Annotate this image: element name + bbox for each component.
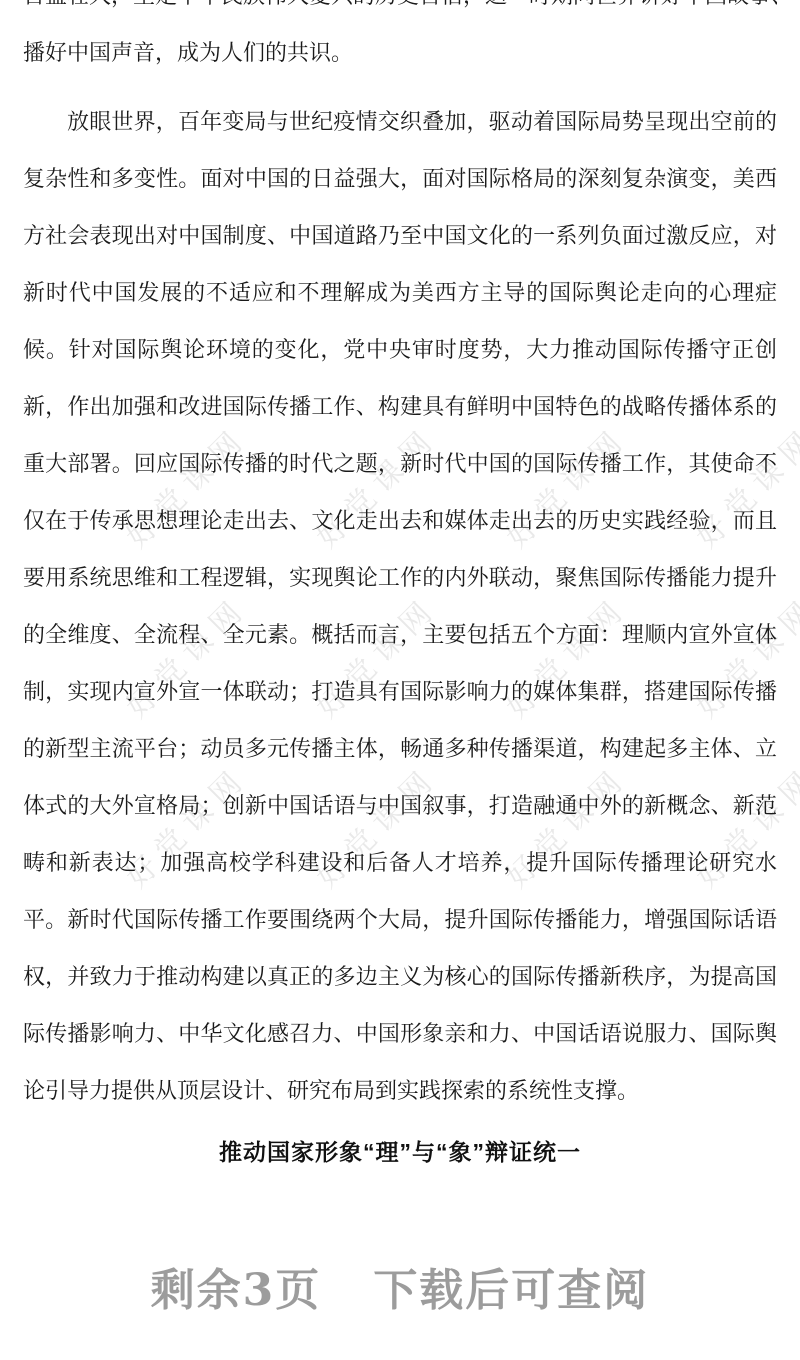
document-body: 日益壮大，坚定中华民族伟大复兴的历史自信，这一时期向世界讲好中国故事、传 播好中… bbox=[23, 0, 777, 1119]
footer-banner: 剩余3页下载后可查阅 bbox=[0, 1254, 800, 1318]
document-page: 好党课网 好党课网 好党课网 好党课网 好党课网 好党课网 好党课网 好党课网 … bbox=[0, 0, 800, 1360]
section-heading: 推动国家形象“理”与“象”辩证统一 bbox=[0, 1134, 800, 1167]
download-hint-label: 下载后可查阅 bbox=[373, 1265, 649, 1316]
pages-remaining-label: 剩余3页 bbox=[151, 1265, 322, 1316]
paragraph-opening-line: 播好中国声音，成为人们的共识。 bbox=[23, 24, 777, 81]
paragraph-clipped-line: 日益壮大，坚定中华民族伟大复兴的历史自信，这一时期向世界讲好中国故事、传 bbox=[23, 0, 777, 24]
paragraph-body: 放眼世界，百年变局与世纪疫情交织叠加，驱动着国际局势呈现出空前的复杂性和多变性。… bbox=[23, 93, 777, 1119]
